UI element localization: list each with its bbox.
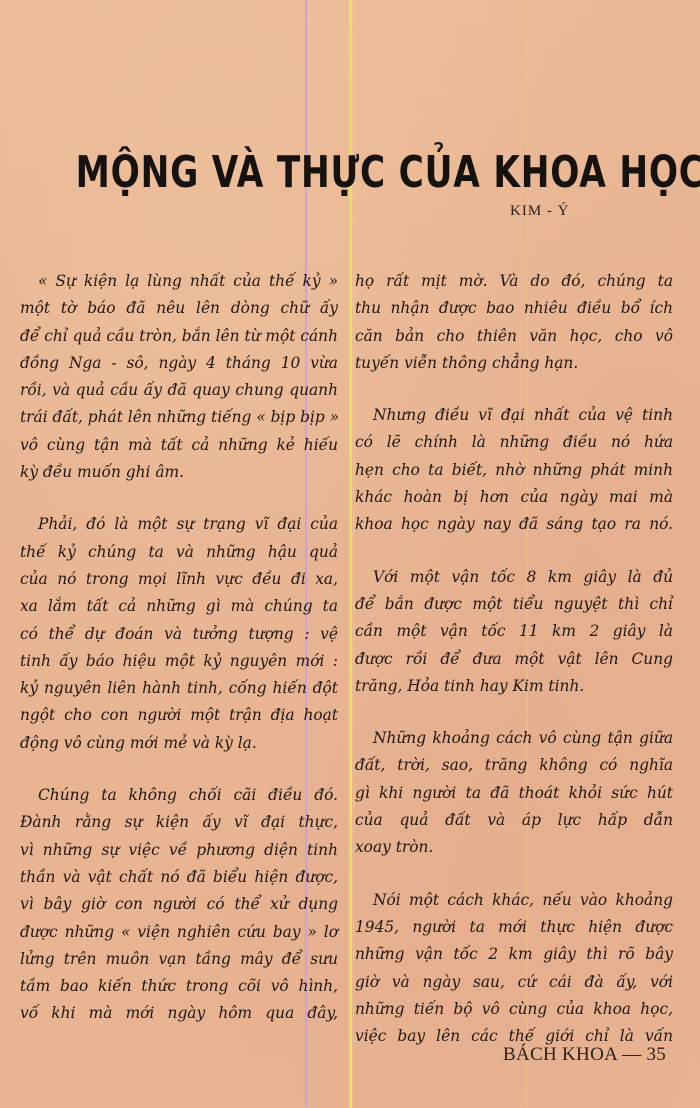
text-line: tuyến viễn thông chẳng hạn. [355, 350, 673, 377]
paragraph: Nhưng điều vĩ đại nhất của vệ tinh có lẽ… [355, 402, 673, 538]
text-line: vố khi mà mới ngày hôm qua đây, [20, 1000, 338, 1027]
text-line: được rồi để đưa một vật lên Cung [355, 646, 673, 673]
paragraph: Nói một cách khác, nếu vào khoảng 1945, … [355, 887, 673, 1051]
text-line: Nói một cách khác, nếu vào khoảng [355, 887, 673, 914]
text-line: căn bản cho thiên văn học, cho vô [355, 323, 673, 350]
text-line: để bắn được một tiểu nguyệt thì chỉ [355, 591, 673, 618]
text-column-right: họ rất mịt mờ. Và do đó, chúng ta thu nh… [355, 268, 673, 1075]
text-line: họ rất mịt mờ. Và do đó, chúng ta [355, 268, 673, 295]
text-line: đồng Nga - sô, ngày 4 tháng 10 vừa [20, 350, 338, 377]
text-line: thu nhận được bao nhiêu điều bổ ích [355, 295, 673, 322]
text-line: Với một vận tốc 8 km giây là đủ [355, 564, 673, 591]
text-line: Những khoảng cách vô cùng tận giữa [355, 725, 673, 752]
text-line: Đành rằng sự kiện ấy vĩ đại thực, [20, 809, 338, 836]
paragraph: Phải, đó là một sự trạng vĩ đại của thế … [20, 511, 338, 757]
author-byline: KIM - Ý [510, 203, 570, 220]
text-line: những vận tốc 2 km giây thì rõ bây [355, 941, 673, 968]
text-line: động vô cùng mới mẻ và kỳ lạ. [20, 730, 338, 757]
text-line: thần và vật chất nó đã biểu hiện được, [20, 864, 338, 891]
text-line: Phải, đó là một sự trạng vĩ đại của [20, 511, 338, 538]
paragraph: Chúng ta không chối cãi điều đó. Đành rằ… [20, 782, 338, 1028]
text-line: « Sự kiện lạ lùng nhất của thế kỷ » [20, 268, 338, 295]
text-line: xa lắm tất cả những gì mà chúng ta [20, 593, 338, 620]
text-line: thế kỷ chúng ta và những hậu quả [20, 539, 338, 566]
text-line: vô cùng tận mà tất cả những kẻ hiếu [20, 432, 338, 459]
text-line: tầm bao kiến thức trong cõi vô hình, [20, 973, 338, 1000]
text-line: lửng trên muôn vạn tầng mây để sưu [20, 946, 338, 973]
text-line: có thể dự đoán và tưởng tượng : vệ [20, 621, 338, 648]
text-line: vì bây giờ con người có thể xử dụng [20, 891, 338, 918]
text-line: rồi, và quả cầu ấy đã quay chung quanh [20, 377, 338, 404]
text-line: cần một vận tốc 11 km 2 giây là [355, 618, 673, 645]
text-line: khoa học ngày nay đã sáng tạo ra nó. [355, 511, 673, 538]
paragraph: Những khoảng cách vô cùng tận giữa đất, … [355, 725, 673, 861]
text-line: của quả đất và áp lực hấp dẫn [355, 807, 673, 834]
text-line: của nó trong mọi lĩnh vực đều đi xa, [20, 566, 338, 593]
text-line: được những « viện nghiên cứu bay » lơ [20, 919, 338, 946]
text-line: xoay tròn. [355, 834, 673, 861]
text-line: giờ và ngày sau, cứ cái đà ấy, với [355, 969, 673, 996]
text-column-left: « Sự kiện lạ lùng nhất của thế kỷ » một … [20, 268, 338, 1053]
paragraph: Với một vận tốc 8 km giây là đủ để bắn đ… [355, 564, 673, 700]
paragraph: « Sự kiện lạ lùng nhất của thế kỷ » một … [20, 268, 338, 486]
text-line: kỳ đều muốn ghi âm. [20, 459, 338, 486]
text-line: những tiến bộ vô cùng của khoa học, [355, 996, 673, 1023]
text-line: Chúng ta không chối cãi điều đó. [20, 782, 338, 809]
text-line: 1945, người ta mới thực hiện được [355, 914, 673, 941]
text-line: đất, trời, sao, trăng không có nghĩa [355, 752, 673, 779]
text-line: ngột cho con người một trận địa hoạt [20, 702, 338, 729]
text-line: tinh ấy báo hiệu một kỷ nguyên mới : [20, 648, 338, 675]
text-line: một tờ báo đã nêu lên dòng chữ ấy [20, 295, 338, 322]
text-line: để chỉ quả cầu tròn, bắn lên từ một cánh [20, 323, 338, 350]
text-line: gì khi người ta đã thoát khỏi sức hút [355, 780, 673, 807]
text-line: trăng, Hỏa tinh hay Kim tinh. [355, 673, 673, 700]
paragraph: họ rất mịt mờ. Và do đó, chúng ta thu nh… [355, 268, 673, 377]
text-line: kỷ nguyên liên hành tinh, cống hiến đột [20, 675, 338, 702]
text-line: Nhưng điều vĩ đại nhất của vệ tinh [355, 402, 673, 429]
article-title: MỘNG VÀ THỰC CỦA KHOA HỌC [76, 147, 622, 198]
text-line: khác hoàn bị hơn của ngày mai mà [355, 484, 673, 511]
text-line: có lẽ chính là những điều nó hứa [355, 429, 673, 456]
text-line: trái đất, phát lên những tiếng « bịp bịp… [20, 404, 338, 431]
running-footer: BÁCH KHOA — 35 [503, 1044, 666, 1066]
text-line: hẹn cho ta biết, nhờ những phát minh [355, 457, 673, 484]
text-line: vì những sự việc về phương diện tinh [20, 837, 338, 864]
